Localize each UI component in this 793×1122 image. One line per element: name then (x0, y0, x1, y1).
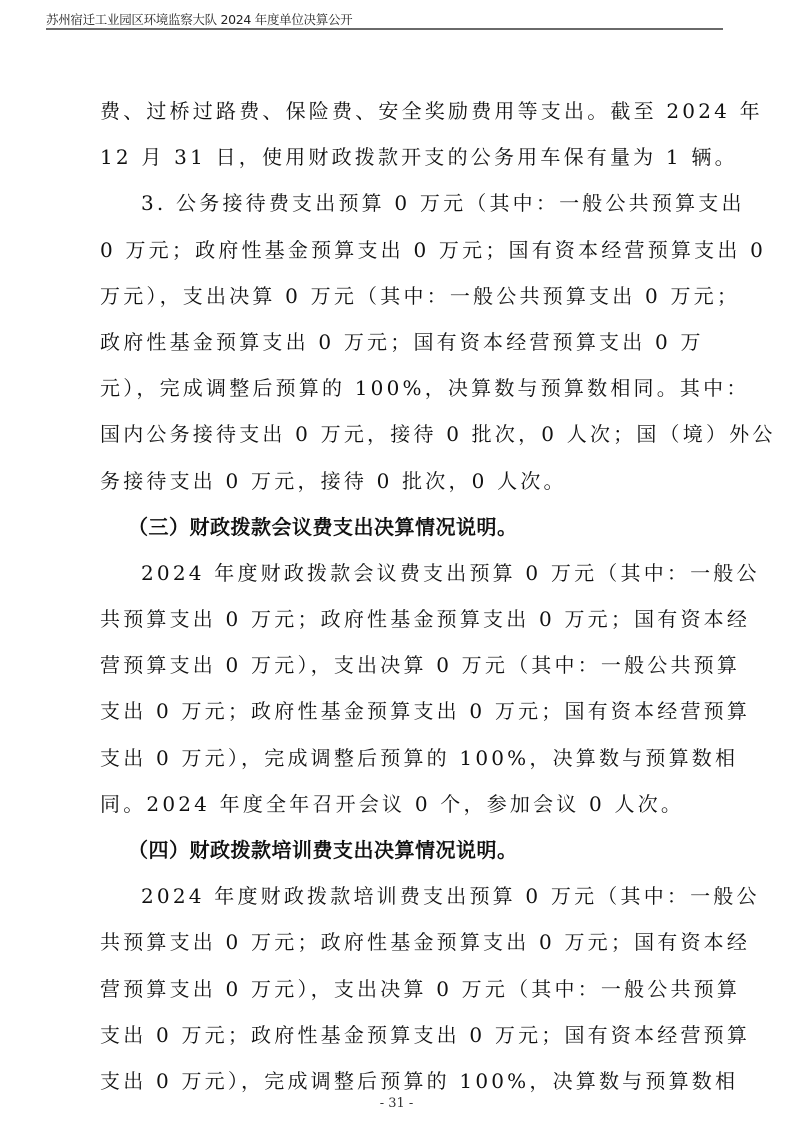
body-text-line: 共预算支出 0 万元；政府性基金预算支出 0 万元；国有资本经 (100, 596, 695, 642)
body-text-line: 共预算支出 0 万元；政府性基金预算支出 0 万元；国有资本经 (100, 919, 695, 965)
body-text-line: 元），完成调整后预算的 100%，决算数与预算数相同。其中： (100, 365, 695, 411)
body-text-line: 营预算支出 0 万元），支出决算 0 万元（其中：一般公共预算 (100, 642, 695, 688)
body-text-line: 2024 年度财政拨款培训费支出预算 0 万元（其中：一般公 (100, 873, 695, 919)
body-text-line: 3. 公务接待费支出预算 0 万元（其中：一般公共预算支出 (100, 180, 695, 226)
body-text-line: 同。2024 年度全年召开会议 0 个，参加会议 0 人次。 (100, 781, 695, 827)
section-heading: （四）财政拨款培训费支出决算情况说明。 (100, 827, 695, 873)
running-header: 苏州宿迁工业园区环境监察大队 2024 年度单位决算公开 (46, 10, 352, 28)
body-text-line: 2024 年度财政拨款会议费支出预算 0 万元（其中：一般公 (100, 550, 695, 596)
body-text-line: 国内公务接待支出 0 万元，接待 0 批次，0 人次；国（境）外公 (100, 411, 695, 457)
page-number: - 31 - (0, 1096, 793, 1111)
body-text-line: 0 万元；政府性基金预算支出 0 万元；国有资本经营预算支出 0 (100, 227, 695, 273)
body-text-line: 万元），支出决算 0 万元（其中：一般公共预算支出 0 万元； (100, 273, 695, 319)
body-text-line: 支出 0 万元），完成调整后预算的 100%，决算数与预算数相 (100, 735, 695, 781)
body-text-line: 支出 0 万元；政府性基金预算支出 0 万元；国有资本经营预算 (100, 1012, 695, 1058)
body-text-line: 12 月 31 日，使用财政拨款开支的公务用车保有量为 1 辆。 (100, 134, 695, 180)
body-text-line: 政府性基金预算支出 0 万元；国有资本经营预算支出 0 万 (100, 319, 695, 365)
body-text-line: 支出 0 万元；政府性基金预算支出 0 万元；国有资本经营预算 (100, 688, 695, 734)
header-rule (46, 28, 723, 30)
body-text-line: 务接待支出 0 万元，接待 0 批次，0 人次。 (100, 458, 695, 504)
section-heading: （三）财政拨款会议费支出决算情况说明。 (100, 504, 695, 550)
body-text-line: 费、过桥过路费、保险费、安全奖励费用等支出。截至 2024 年 (100, 88, 695, 134)
body-text-line: 营预算支出 0 万元），支出决算 0 万元（其中：一般公共预算 (100, 966, 695, 1012)
document-body: 费、过桥过路费、保险费、安全奖励费用等支出。截至 2024 年12 月 31 日… (100, 88, 695, 1104)
